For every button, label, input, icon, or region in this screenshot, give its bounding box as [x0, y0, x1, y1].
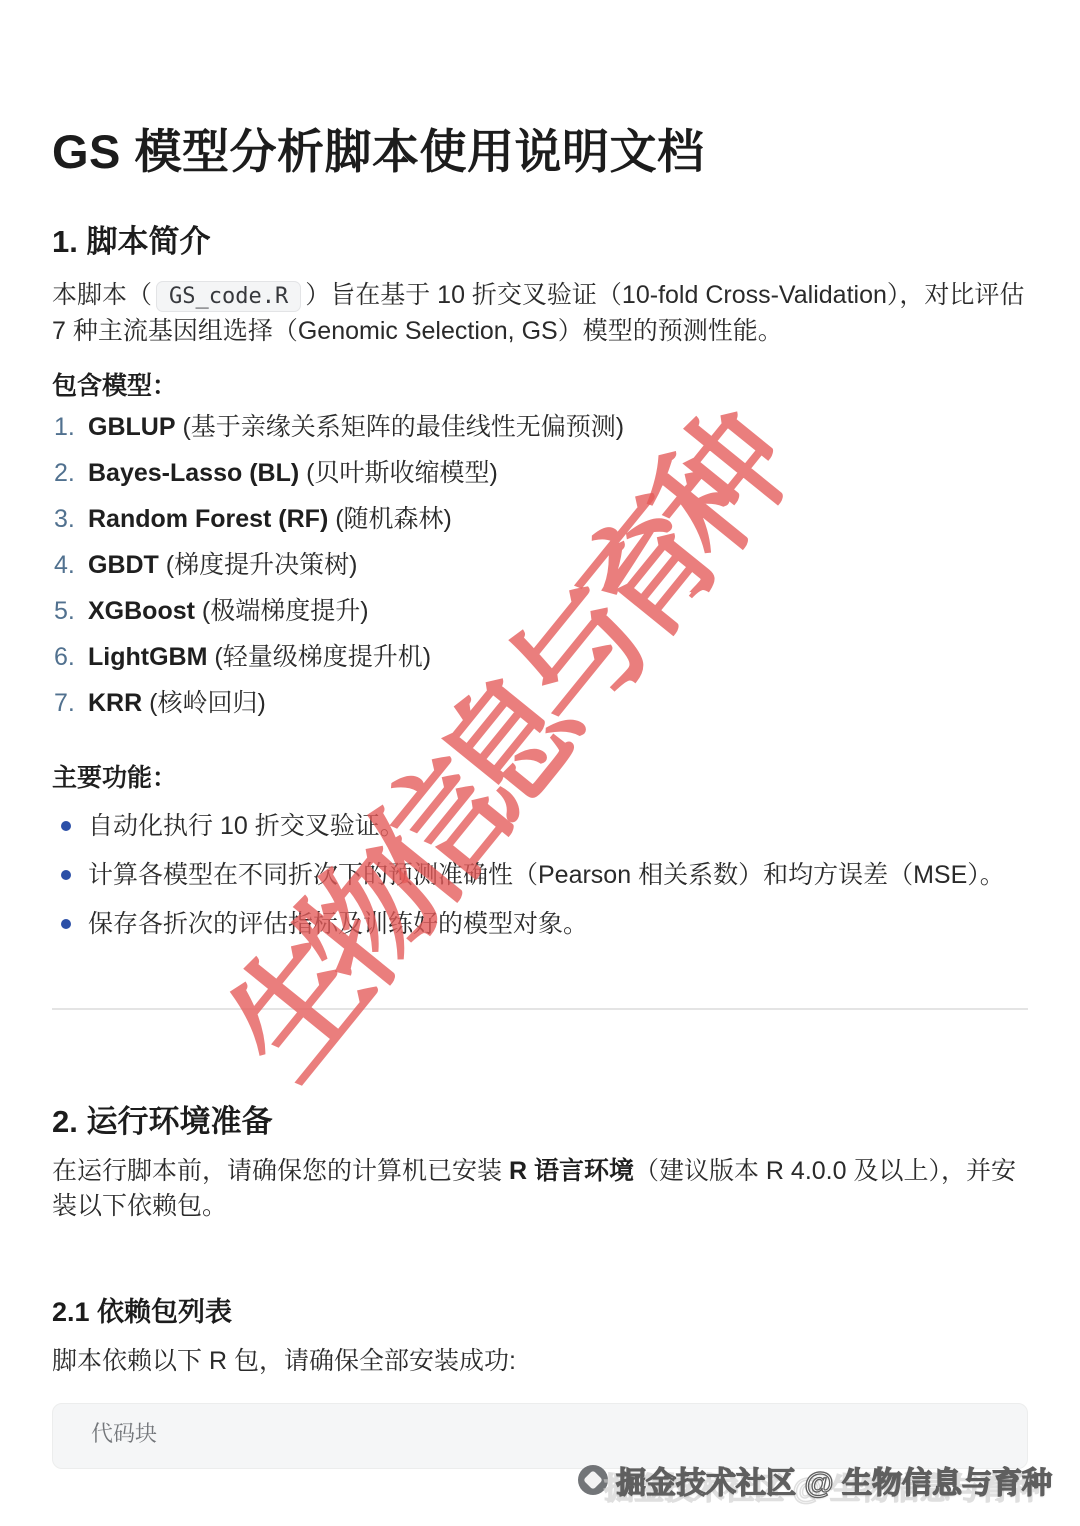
- model-list-item: KRR (核岭回归): [52, 686, 1028, 720]
- model-name: Random Forest (RF): [88, 505, 328, 533]
- text-segment: 在运行脚本前，请确保您的计算机已安装: [52, 1157, 509, 1185]
- section-2-heading: 2. 运行环境准备: [52, 1102, 1028, 1142]
- text-segment: 本脚本（: [52, 281, 152, 309]
- section-2-intro: 在运行脚本前，请确保您的计算机已安装 R 语言环境（建议版本 R 4.0.0 及…: [52, 1154, 1028, 1224]
- section-2: 2. 运行环境准备 在运行脚本前，请确保您的计算机已安装 R 语言环境（建议版本…: [52, 1102, 1028, 1469]
- model-list-item: GBLUP (基于亲缘关系矩阵的最佳线性无偏预测): [52, 410, 1028, 444]
- feature-list-item: 计算各模型在不同折次下的预测准确性（Pearson 相关系数）和均方误差（MSE…: [52, 858, 1028, 892]
- model-list: GBLUP (基于亲缘关系矩阵的最佳线性无偏预测)Bayes-Lasso (BL…: [52, 410, 1028, 720]
- section-divider: [52, 1008, 1028, 1010]
- model-desc: (轻量级梯度提升机): [207, 643, 431, 671]
- model-desc: (核岭回归): [142, 689, 266, 717]
- model-name: LightGBM: [88, 643, 207, 671]
- feature-list: 自动化执行 10 折交叉验证。计算各模型在不同折次下的预测准确性（Pearson…: [52, 809, 1028, 941]
- model-name: GBLUP: [88, 413, 176, 441]
- model-desc: (极端梯度提升): [195, 597, 369, 625]
- document-page: GS 模型分析脚本使用说明文档 1. 脚本简介 本脚本（GS_code.R）旨在…: [0, 126, 1080, 1469]
- footer-watermark-ghost: 掘金技术社区 @ 生物信息与育种: [604, 1464, 1040, 1508]
- code-block[interactable]: 代码块: [52, 1403, 1028, 1469]
- features-label: 主要功能：: [52, 761, 1028, 796]
- model-desc: (基于亲缘关系矩阵的最佳线性无偏预测): [176, 413, 625, 441]
- model-desc: (梯度提升决策树): [159, 551, 358, 579]
- model-name: GBDT: [88, 551, 159, 579]
- model-name: XGBoost: [88, 597, 195, 625]
- model-list-item: XGBoost (极端梯度提升): [52, 594, 1028, 628]
- deps-intro: 脚本依赖以下 R 包，请确保全部安装成功:: [52, 1344, 1028, 1379]
- inline-code: GS_code.R: [156, 281, 301, 312]
- section-1: 1. 脚本简介 本脚本（GS_code.R）旨在基于 10 折交叉验证（10-f…: [52, 222, 1028, 941]
- juejin-logo-icon: [578, 1465, 608, 1495]
- footer-watermark-text: 掘金技术社区 @ 生物信息与育种: [616, 1467, 1052, 1500]
- bold-text-segment: R 语言环境: [509, 1157, 634, 1185]
- section-1-intro: 本脚本（GS_code.R）旨在基于 10 折交叉验证（10-fold Cros…: [52, 278, 1028, 349]
- code-block-label: 代码块: [53, 1404, 1027, 1449]
- section-2-1-heading: 2.1 依赖包列表: [52, 1294, 1028, 1330]
- model-name: Bayes-Lasso (BL): [88, 459, 299, 487]
- section-1-heading: 1. 脚本简介: [52, 222, 1028, 262]
- model-list-item: LightGBM (轻量级梯度提升机): [52, 640, 1028, 674]
- model-list-item: Random Forest (RF) (随机森林): [52, 502, 1028, 536]
- model-list-item: Bayes-Lasso (BL) (贝叶斯收缩模型): [52, 456, 1028, 490]
- model-name: KRR: [88, 689, 142, 717]
- models-label: 包含模型：: [52, 369, 1028, 404]
- page-title: GS 模型分析脚本使用说明文档: [52, 126, 1028, 178]
- model-desc: (随机森林): [328, 505, 452, 533]
- feature-list-item: 自动化执行 10 折交叉验证。: [52, 809, 1028, 843]
- model-list-item: GBDT (梯度提升决策树): [52, 548, 1028, 582]
- model-desc: (贝叶斯收缩模型): [299, 459, 498, 487]
- feature-list-item: 保存各折次的评估指标及训练好的模型对象。: [52, 907, 1028, 941]
